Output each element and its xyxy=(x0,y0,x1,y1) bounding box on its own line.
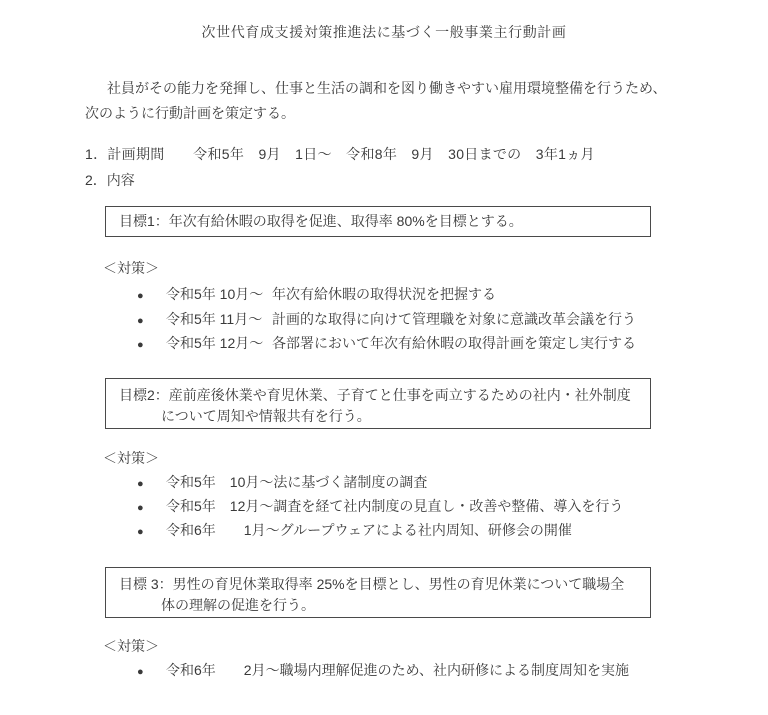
measure-description: 法に基づく諸制度の調査 xyxy=(273,473,427,492)
measures-label-3: ＜対策＞ xyxy=(103,636,159,656)
goal-3-text-line1: 目標 3：男性の育児休業取得率 25%を目標とし、男性の育児休業について職場全 xyxy=(119,574,650,595)
bullet-icon: ● xyxy=(137,336,166,355)
goal-2-box: 目標2：産前産後休業や育児休業、子育てと仕事を両立するための社内・社外制度 につ… xyxy=(105,378,651,429)
measure-date: 令和5年 11月～ xyxy=(166,310,272,329)
bullet-icon: ● xyxy=(137,499,166,518)
measure-row: ● 令和5年 11月～ 計画的な取得に向けて管理職を対象に意識改革会議を行う xyxy=(137,310,636,331)
measure-row: ● 令和5年 12月～ 各部署において年次有給休暇の取得計画を策定し実行する xyxy=(137,334,636,355)
goal-1-text: 目標1：年次有給休暇の取得を促進、取得率 80%を目標とする。 xyxy=(119,207,650,236)
bullet-icon: ● xyxy=(137,312,166,331)
measure-description: 調査を経て社内制度の見直し・改善や整備、導入を行う xyxy=(273,497,623,516)
measure-date: 令和5年 12月～ xyxy=(166,497,273,516)
measure-description: 各部署において年次有給休暇の取得計画を策定し実行する xyxy=(272,334,636,353)
intro-paragraph-line1: 社員がその能力を発揮し、仕事と生活の調和を図り働きやすい雇用環境整備を行うため、 xyxy=(107,78,666,98)
measure-row: ● 令和5年 10月～ 法に基づく諸制度の調査 xyxy=(137,473,427,494)
measure-description: 職場内理解促進のため、社内研修による制度周知を実施 xyxy=(280,661,629,680)
measure-date: 令和6年 1月～ xyxy=(166,521,280,540)
measure-row: ● 令和6年 1月～ グループウェアによる社内周知、研修会の開催 xyxy=(137,521,572,542)
plan-period-line: 1．計画期間 令和5年 9月 1日～ 令和8年 9月 30日までの 3年1ヵ月 xyxy=(85,144,595,164)
goal-3-text-line2: 体の理解の促進を行う。 xyxy=(161,595,650,616)
intro-paragraph-line2: 次のように行動計画を策定する。 xyxy=(85,103,295,123)
measure-description: 計画的な取得に向けて管理職を対象に意識改革会議を行う xyxy=(272,310,636,329)
page-title: 次世代育成支援対策推進法に基づく一般事業主行動計画 xyxy=(0,22,768,42)
goal-3-box: 目標 3：男性の育児休業取得率 25%を目標とし、男性の育児休業について職場全 … xyxy=(105,567,651,618)
measure-description: グループウェアによる社内周知、研修会の開催 xyxy=(280,521,572,540)
measure-description: 年次有給休暇の取得状況を把握する xyxy=(272,285,496,304)
measures-label-2: ＜対策＞ xyxy=(103,448,159,468)
goal-2-text-line1: 目標2：産前産後休業や育児休業、子育てと仕事を両立するための社内・社外制度 xyxy=(119,385,650,406)
measure-row: ● 令和5年 10月～ 年次有給休暇の取得状況を把握する xyxy=(137,285,496,306)
bullet-icon: ● xyxy=(137,523,166,542)
measure-date: 令和5年 10月～ xyxy=(166,285,272,304)
goal-1-box: 目標1：年次有給休暇の取得を促進、取得率 80%を目標とする。 xyxy=(105,206,651,237)
measure-date: 令和5年 10月～ xyxy=(166,473,273,492)
bullet-icon: ● xyxy=(137,663,166,682)
goal-2-text-line2: について周知や情報共有を行う。 xyxy=(161,406,650,427)
bullet-icon: ● xyxy=(137,287,166,306)
measure-row: ● 令和6年 2月～ 職場内理解促進のため、社内研修による制度周知を実施 xyxy=(137,661,629,682)
measures-label-1: ＜対策＞ xyxy=(103,258,159,278)
measure-date: 令和5年 12月～ xyxy=(166,334,272,353)
bullet-icon: ● xyxy=(137,475,166,494)
measure-date: 令和6年 2月～ xyxy=(166,661,280,680)
content-heading: 2．内容 xyxy=(85,170,135,190)
measure-row: ● 令和5年 12月～ 調査を経て社内制度の見直し・改善や整備、導入を行う xyxy=(137,497,623,518)
